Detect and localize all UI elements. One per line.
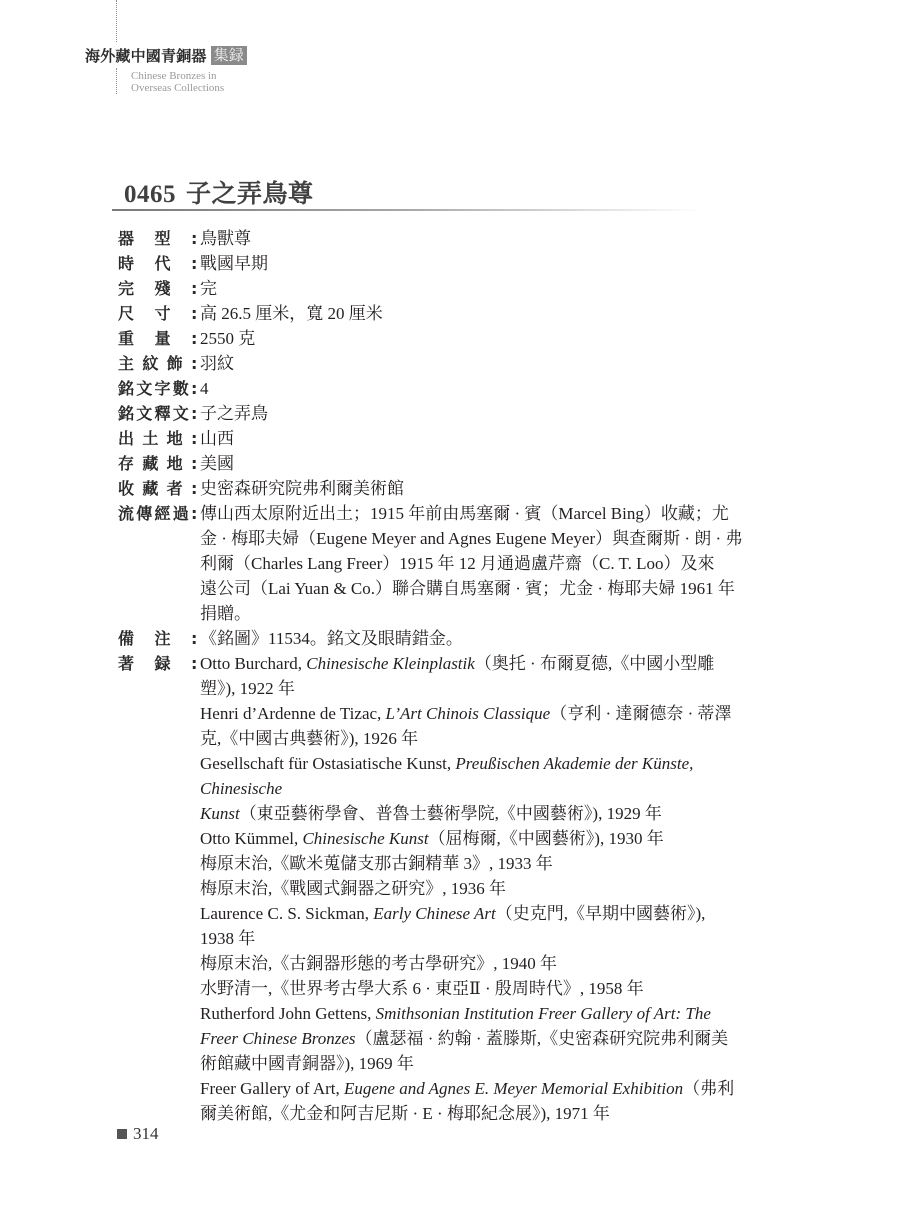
ref-author: Laurence C. S. Sickman, [200, 904, 373, 923]
bibliography-entry: Laurence C. S. Sickman, Early Chinese Ar… [200, 901, 768, 951]
field-label-char: 注 [155, 626, 171, 651]
series-tag: 集録 [211, 46, 247, 65]
field-label-char: 存 [118, 451, 134, 476]
field-label-char: 收 [118, 476, 134, 501]
field-label-char: 藏 [142, 476, 158, 501]
field-label-char: 代 [155, 251, 171, 276]
field-value: 史密森研究院弗利爾美術館 [196, 476, 768, 501]
ref-author: Rutherford John Gettens, [200, 1004, 376, 1023]
ref-title-italic: Chinesische Kunst [302, 829, 428, 848]
field-row: 銘文字數:4 [118, 376, 768, 401]
field-label-char: 字 [155, 376, 171, 401]
field-label: 存藏地: [118, 451, 196, 476]
series-title-zh: 海外藏中國青銅器 [85, 45, 207, 66]
field-label-char: 完 [118, 276, 134, 301]
entry-name: 子之弄鳥尊 [186, 181, 314, 208]
bibliography-line: 塑》), 1922 年 [200, 676, 768, 701]
field-label-char: 銘 [118, 376, 134, 401]
field-value: 高 26.5 厘米，寬 20 厘米 [196, 301, 768, 326]
square-bullet-icon [117, 1129, 127, 1139]
field-label: 流傳經過: [118, 501, 196, 626]
ref-translation: 爾美術館,《尤金和阿吉尼斯 · E · 梅耶紀念展》), 1971 年 [200, 1104, 610, 1123]
bibliography-line: Gesellschaft für Ostasiatische Kunst, Pr… [200, 751, 768, 801]
field-label: 尺寸: [118, 301, 196, 326]
field-label-char: 型 [155, 226, 171, 251]
bibliography-line: Otto Kümmel, Chinesische Kunst（屈梅爾,《中國藝術… [200, 826, 768, 851]
bibliography-line: 梅原末治,《歐米蒐儲支那古銅精華 3》, 1933 年 [200, 851, 768, 876]
field-row: 銘文釋文:子之弄鳥 [118, 401, 768, 426]
ref-title-italic: Kunst [200, 804, 240, 823]
field-label-char: 文 [173, 401, 189, 426]
ref-author: 梅原末治,《古銅器形態的考古學研究》, 1940 年 [200, 954, 557, 973]
entry-number: 0465 [124, 181, 176, 208]
field-label-char: 地 [167, 426, 183, 451]
bibliography-line: 梅原末治,《戰國式銅器之研究》, 1936 年 [200, 876, 768, 901]
field-value: 子之弄鳥 [196, 401, 768, 426]
ref-translation: （盧瑟福 · 約翰 · 蓋滕斯,《史密森研究院弗利爾美 [356, 1029, 729, 1048]
field-label-char: 文 [136, 376, 152, 401]
ref-author: Otto Kümmel, [200, 829, 302, 848]
series-title-en-line2: Overseas Collections [131, 82, 224, 94]
header-dotted-rule-top [116, 0, 117, 42]
field-label: 時代: [118, 251, 196, 276]
bibliography-line: 克,《中國古典藝術》), 1926 年 [200, 726, 768, 751]
ref-author: Otto Burchard, [200, 654, 306, 673]
field-row: 完殘:完 [118, 276, 768, 301]
notes-row: 備注:《銘圖》11534。銘文及眼睛錯金。 [118, 626, 768, 651]
ref-translation: （亨利 · 達爾德奈 · 蒂澤 [550, 704, 731, 723]
ref-title-italic: Freer Chinese Bronzes [200, 1029, 356, 1048]
field-row: 重量:2550 克 [118, 326, 768, 351]
field-row: 出土地:山西 [118, 426, 768, 451]
bibliography-entry: 梅原末治,《歐米蒐儲支那古銅精華 3》, 1933 年 [200, 851, 768, 876]
field-label: 備注: [118, 626, 196, 651]
bibliography-line: Otto Burchard, Chinesische Kleinplastik（… [200, 651, 768, 676]
ref-title-italic: L’Art Chinois Classique [386, 704, 551, 723]
page-folio: 314 [117, 1124, 159, 1144]
ref-author: Gesellschaft für Ostasiatische Kunst, [200, 754, 455, 773]
bibliography-entry: Otto Kümmel, Chinesische Kunst（屈梅爾,《中國藝術… [200, 826, 768, 851]
ref-translation: （史克門,《早期中國藝術》), [496, 904, 706, 923]
bibliography-line: 1938 年 [200, 926, 768, 951]
field-label: 器型: [118, 226, 196, 251]
provenance-line: 捐贈。 [200, 601, 768, 626]
page-number: 314 [133, 1124, 159, 1144]
bibliography-line: 術館藏中國青銅器》), 1969 年 [200, 1051, 768, 1076]
field-label: 完殘: [118, 276, 196, 301]
provenance-line: 利爾（Charles Lang Freer）1915 年 12 月通過盧芹齋（C… [200, 551, 768, 576]
bibliography-line: Freer Gallery of Art, Eugene and Agnes E… [200, 1076, 768, 1101]
ref-translation: 塑》), 1922 年 [200, 679, 295, 698]
ref-translation: 克,《中國古典藝術》), 1926 年 [200, 729, 418, 748]
field-label: 銘文字數: [118, 376, 196, 401]
field-label-char: 經 [155, 501, 171, 626]
field-label-char: 時 [118, 251, 134, 276]
field-label-char: 重 [118, 326, 134, 351]
field-row: 器型:鳥獸尊 [118, 226, 768, 251]
bibliography-line: Henri d’Ardenne de Tizac, L’Art Chinois … [200, 701, 768, 726]
ref-title-italic: Eugene and Agnes E. Meyer Memorial Exhib… [344, 1079, 683, 1098]
header-dotted-rule-bottom [116, 68, 117, 94]
field-label-char: 者 [167, 476, 183, 501]
field-label: 主紋飾: [118, 351, 196, 376]
field-label: 出土地: [118, 426, 196, 451]
field-label-char: 主 [118, 351, 134, 376]
field-label-char: 釋 [155, 401, 171, 426]
bibliography-line: 梅原末治,《古銅器形態的考古學研究》, 1940 年 [200, 951, 768, 976]
field-row: 主紋飾:羽紋 [118, 351, 768, 376]
bibliography-entry: Otto Burchard, Chinesische Kleinplastik（… [200, 651, 768, 701]
field-label-char: 尺 [118, 301, 134, 326]
field-value: 山西 [196, 426, 768, 451]
entry-title: 0465子之弄鳥尊 [124, 174, 314, 210]
field-label-char: 傳 [136, 501, 152, 626]
ref-author: Henri d’Ardenne de Tizac, [200, 704, 386, 723]
ref-author: 梅原末治,《戰國式銅器之研究》, 1936 年 [200, 879, 506, 898]
ref-author: 水野清一,《世界考古學大系 6 · 東亞Ⅱ · 殷周時代》, 1958 年 [200, 979, 644, 998]
provenance-line: 金 · 梅耶夫婦（Eugene Meyer and Agnes Eugene M… [200, 526, 768, 551]
bibliography-entry: 梅原末治,《戰國式銅器之研究》, 1936 年 [200, 876, 768, 901]
catalog-fields: 器型:鳥獸尊時代:戰國早期完殘:完尺寸:高 26.5 厘米，寬 20 厘米重量:… [118, 226, 768, 1126]
field-value: 美國 [196, 451, 768, 476]
field-label-char: 地 [167, 451, 183, 476]
bibliography-line: Laurence C. S. Sickman, Early Chinese Ar… [200, 901, 768, 926]
field-value: 2550 克 [196, 326, 768, 351]
field-label-char: 土 [142, 426, 158, 451]
field-label-char: 殘 [155, 276, 171, 301]
bibliography-entry: Gesellschaft für Ostasiatische Kunst, Pr… [200, 751, 768, 826]
field-row: 尺寸:高 26.5 厘米，寬 20 厘米 [118, 301, 768, 326]
field-label: 銘文釋文: [118, 401, 196, 426]
bibliography-entry: 水野清一,《世界考古學大系 6 · 東亞Ⅱ · 殷周時代》, 1958 年 [200, 976, 768, 1001]
ref-translation: 術館藏中國青銅器》), 1969 年 [200, 1054, 414, 1073]
bibliography-line: 水野清一,《世界考古學大系 6 · 東亞Ⅱ · 殷周時代》, 1958 年 [200, 976, 768, 1001]
bibliography-line: 爾美術館,《尤金和阿吉尼斯 · E · 梅耶紀念展》), 1971 年 [200, 1101, 768, 1126]
field-row: 存藏地:美國 [118, 451, 768, 476]
field-label: 收藏者: [118, 476, 196, 501]
provenance-line: 傳山西太原附近出土；1915 年前由馬塞爾 · 賓（Marcel Bing）收藏… [200, 501, 768, 526]
field-label-char: 銘 [118, 401, 134, 426]
field-label-char: 著 [118, 651, 134, 1126]
bibliography-line: Freer Chinese Bronzes（盧瑟福 · 約翰 · 蓋滕斯,《史密… [200, 1026, 768, 1051]
field-label-char: 備 [118, 626, 134, 651]
field-label-char: 寸 [155, 301, 171, 326]
ref-translation: 1938 年 [200, 929, 255, 948]
field-value: 戰國早期 [196, 251, 768, 276]
notes-value: 《銘圖》11534。銘文及眼睛錯金。 [196, 626, 768, 651]
bibliography-line: Rutherford John Gettens, Smithsonian Ins… [200, 1001, 768, 1026]
bibliography-entry: Henri d’Ardenne de Tizac, L’Art Chinois … [200, 701, 768, 751]
bibliography-list: Otto Burchard, Chinesische Kleinplastik（… [196, 651, 768, 1126]
field-label-char: 過 [173, 501, 189, 626]
field-label-char: 數 [173, 376, 189, 401]
field-label-char: 飾 [167, 351, 183, 376]
field-label: 著録: [118, 651, 196, 1126]
ref-translation: （屈梅爾,《中國藝術》), 1930 年 [429, 829, 664, 848]
series-title: 海外藏中國青銅器 集録 [85, 45, 247, 66]
field-value: 鳥獸尊 [196, 226, 768, 251]
field-label: 重量: [118, 326, 196, 351]
field-label-char: 量 [155, 326, 171, 351]
ref-translation: （弗利 [683, 1079, 734, 1098]
series-title-en: Chinese Bronzes in Overseas Collections [131, 70, 224, 94]
bibliography-entry: Freer Gallery of Art, Eugene and Agnes E… [200, 1076, 768, 1126]
field-label-char: 流 [118, 501, 134, 626]
bibliography-entry: Rutherford John Gettens, Smithsonian Ins… [200, 1001, 768, 1076]
ref-author: Freer Gallery of Art, [200, 1079, 344, 1098]
field-label-char: 器 [118, 226, 134, 251]
field-label-char: 録 [155, 651, 171, 1126]
field-value: 4 [196, 376, 768, 401]
ref-title-italic: Smithsonian Institution Freer Gallery of… [376, 1004, 711, 1023]
series-title-en-line1: Chinese Bronzes in [131, 70, 224, 82]
title-rule [112, 209, 702, 211]
provenance-text: 傳山西太原附近出土；1915 年前由馬塞爾 · 賓（Marcel Bing）收藏… [196, 501, 768, 626]
ref-title-italic: Chinesische Kleinplastik [306, 654, 475, 673]
ref-translation: （東亞藝術學會、普魯士藝術學院,《中國藝術》), 1929 年 [240, 804, 662, 823]
bibliography-line: Kunst（東亞藝術學會、普魯士藝術學院,《中國藝術》), 1929 年 [200, 801, 768, 826]
field-label-char: 藏 [142, 451, 158, 476]
field-value: 完 [196, 276, 768, 301]
field-label-char: 出 [118, 426, 134, 451]
field-row: 收藏者:史密森研究院弗利爾美術館 [118, 476, 768, 501]
ref-translation: （奥托 · 布爾夏德,《中國小型雕 [475, 654, 714, 673]
field-value: 羽紋 [196, 351, 768, 376]
ref-author: 梅原末治,《歐米蒐儲支那古銅精華 3》, 1933 年 [200, 854, 553, 873]
bibliography-entry: 梅原末治,《古銅器形態的考古學研究》, 1940 年 [200, 951, 768, 976]
provenance-line: 遠公司（Lai Yuan & Co.）聯合購自馬塞爾 · 賓；尤金 · 梅耶夫婦… [200, 576, 768, 601]
field-label-char: 紋 [142, 351, 158, 376]
ref-title-italic: Early Chinese Art [373, 904, 495, 923]
bibliography-row: 著録:Otto Burchard, Chinesische Kleinplast… [118, 651, 768, 1126]
field-row: 時代:戰國早期 [118, 251, 768, 276]
field-label-char: 文 [136, 401, 152, 426]
provenance-row: 流傳經過:傳山西太原附近出土；1915 年前由馬塞爾 · 賓（Marcel Bi… [118, 501, 768, 626]
